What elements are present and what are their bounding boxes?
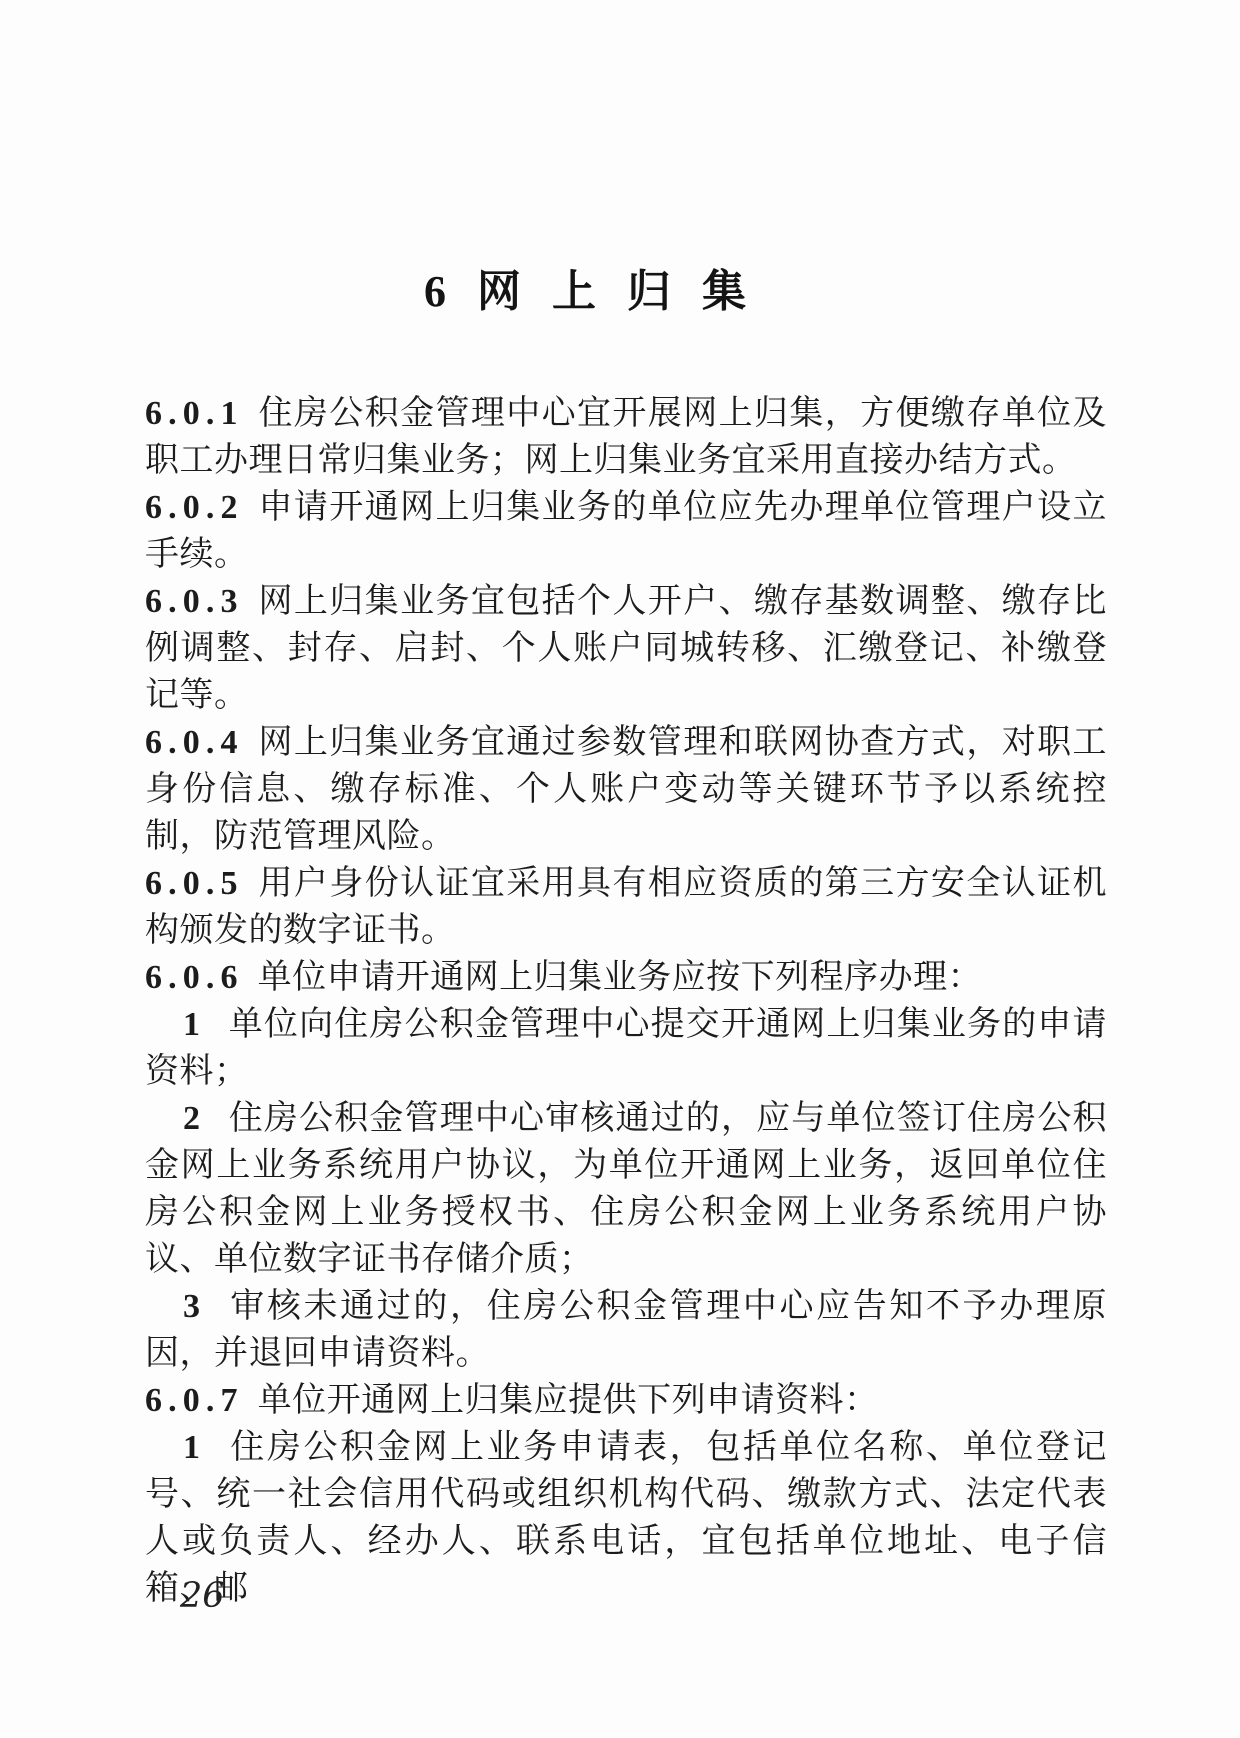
sub-item-text: 住房公积金管理中心审核通过的，应与单位签订住房公积金网上业务系统用户协议，为单位… (145, 1100, 1107, 1278)
sub-item-text: 审核未通过的，住房公积金管理中心应告知不予办理原因，并退回申请资料。 (145, 1288, 1107, 1372)
clause-number: 6.0.1 (145, 395, 244, 432)
clause-paragraph: 6.0.6单位申请开通网上归集业务应按下列程序办理： (145, 954, 1107, 1001)
clause-text: 网上归集业务宜通过参数管理和联网协查方式，对职工身份信息、缴存标准、个人账户变动… (145, 724, 1107, 855)
sub-item-number: 1 (183, 1006, 206, 1043)
clause-number: 6.0.7 (145, 1382, 244, 1419)
clause-number: 6.0.2 (145, 489, 244, 526)
clause-number: 6.0.3 (145, 583, 244, 620)
clause-text: 用户身份认证宜采用具有相应资质的第三方安全认证机构颁发的数字证书。 (145, 865, 1107, 949)
clause-paragraph: 6.0.1住房公积金管理中心宜开展网上归集，方便缴存单位及职工办理日常归集业务；… (145, 390, 1107, 484)
chapter-title: 6 网 上 归 集 (145, 268, 1035, 316)
clause-text: 住房公积金管理中心宜开展网上归集，方便缴存单位及职工办理日常归集业务；网上归集业… (145, 395, 1107, 479)
clause-paragraph: 6.0.2申请开通网上归集业务的单位应先办理单位管理户设立手续。 (145, 484, 1107, 578)
sub-item-paragraph: 3审核未通过的，住房公积金管理中心应告知不予办理原因，并退回申请资料。 (145, 1283, 1107, 1377)
page-number: 26 (180, 1576, 225, 1616)
sub-item-text: 单位向住房公积金管理中心提交开通网上归集业务的申请资料； (145, 1006, 1107, 1090)
clause-paragraph: 6.0.3网上归集业务宜包括个人开户、缴存基数调整、缴存比例调整、封存、启封、个… (145, 578, 1107, 719)
clause-list: 6.0.1住房公积金管理中心宜开展网上归集，方便缴存单位及职工办理日常归集业务；… (145, 390, 1107, 1612)
sub-item-paragraph: 1住房公积金网上业务申请表，包括单位名称、单位登记号、统一社会信用代码或组织机构… (145, 1424, 1107, 1612)
sub-item-paragraph: 1单位向住房公积金管理中心提交开通网上归集业务的申请资料； (145, 1001, 1107, 1095)
clause-text: 单位开通网上归集应提供下列申请资料： (258, 1382, 879, 1419)
sub-item-paragraph: 2住房公积金管理中心审核通过的，应与单位签订住房公积金网上业务系统用户协议，为单… (145, 1095, 1107, 1283)
clause-text: 申请开通网上归集业务的单位应先办理单位管理户设立手续。 (145, 489, 1107, 573)
sub-item-number: 2 (183, 1100, 206, 1137)
clause-paragraph: 6.0.7单位开通网上归集应提供下列申请资料： (145, 1377, 1107, 1424)
clause-number: 6.0.6 (145, 959, 244, 996)
clause-number: 6.0.5 (145, 865, 244, 902)
clause-text: 单位申请开通网上归集业务应按下列程序办理： (258, 959, 983, 996)
clause-paragraph: 6.0.4网上归集业务宜通过参数管理和联网协查方式，对职工身份信息、缴存标准、个… (145, 719, 1107, 860)
sub-item-number: 3 (183, 1288, 206, 1325)
document-page: 6 网 上 归 集 6.0.1住房公积金管理中心宜开展网上归集，方便缴存单位及职… (0, 0, 1240, 1738)
sub-item-number: 1 (183, 1429, 206, 1466)
sub-item-text: 住房公积金网上业务申请表，包括单位名称、单位登记号、统一社会信用代码或组织机构代… (145, 1429, 1107, 1607)
clause-paragraph: 6.0.5用户身份认证宜采用具有相应资质的第三方安全认证机构颁发的数字证书。 (145, 860, 1107, 954)
clause-number: 6.0.4 (145, 724, 244, 761)
clause-text: 网上归集业务宜包括个人开户、缴存基数调整、缴存比例调整、封存、启封、个人账户同城… (145, 583, 1107, 714)
